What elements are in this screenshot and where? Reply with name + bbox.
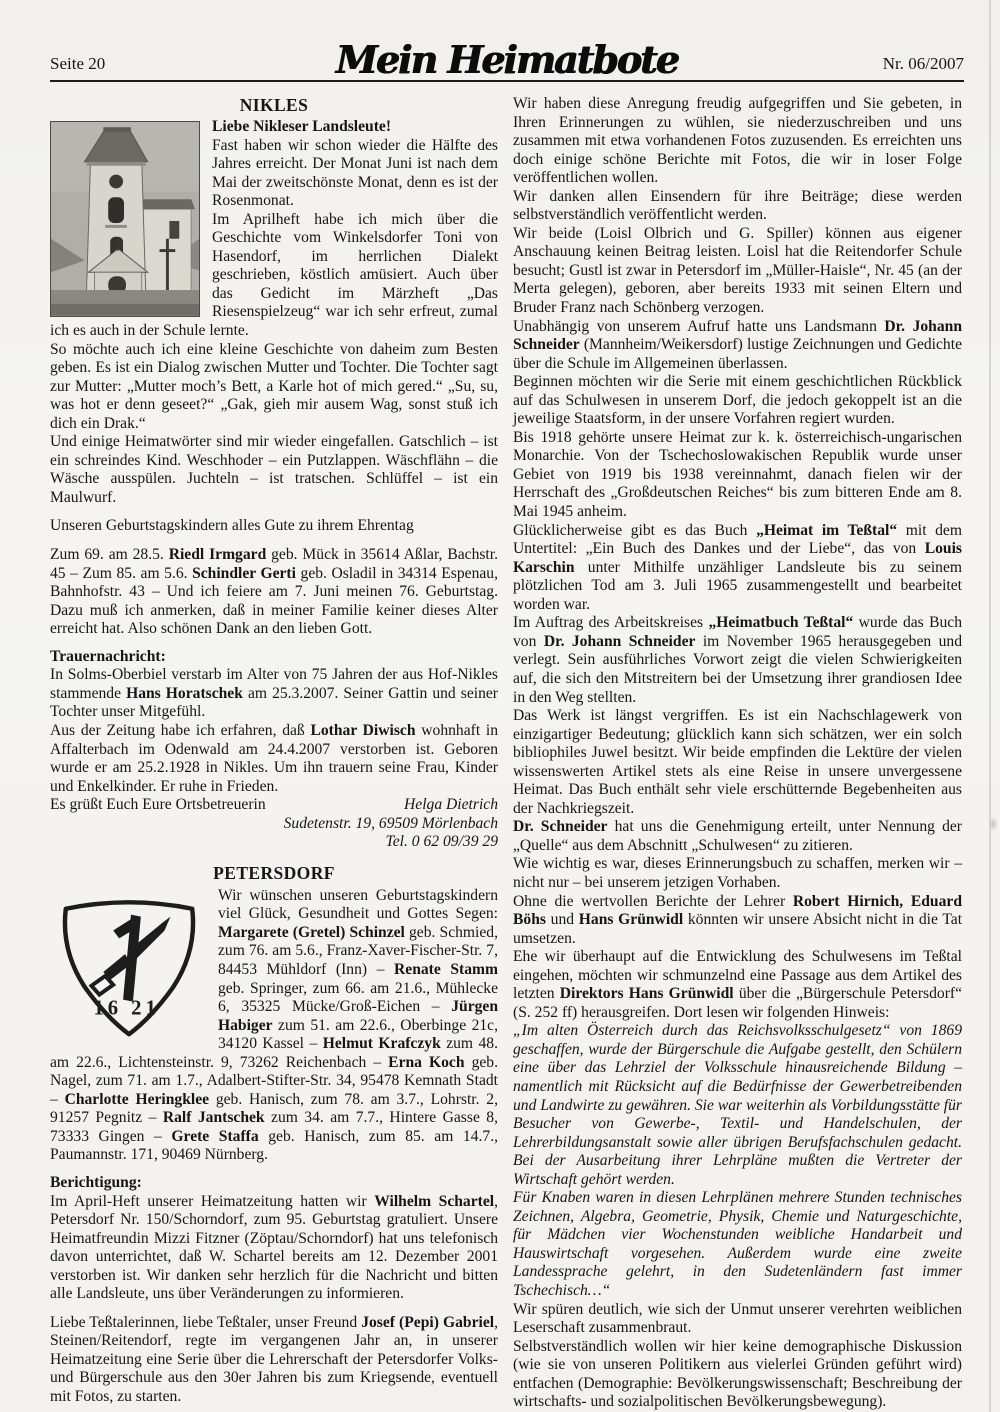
paragraph: Zum 69. am 28.5. Riedl Irmgard geb. Mück… xyxy=(50,546,498,639)
petersdorf-block: 16 21 Wir wünschen unseren Geburtstagski… xyxy=(50,887,498,1165)
paragraph: Das Werk ist längst vergriffen. Es ist e… xyxy=(513,707,962,818)
left-column: NIKLES xyxy=(50,95,498,1407)
section-title-petersdorf: PETERSDORF xyxy=(50,863,498,883)
issue-number: Nr. 06/2007 xyxy=(883,54,964,74)
scan-mark-artifact xyxy=(988,816,998,832)
paragraph: Wir danken allen Einsendern für ihre Bei… xyxy=(513,188,962,225)
paragraph: Unabhängig von unserem Aufruf hatte uns … xyxy=(513,318,962,374)
crest-shield-illustration: 16 21 xyxy=(50,892,208,1044)
signoff-name: Helga Dietrich xyxy=(404,796,498,815)
paragraph: Dr. Schneider hat uns die Genehmigung er… xyxy=(513,818,962,855)
paragraph: Wir spüren deutlich, wie sich der Unmut … xyxy=(513,1301,962,1338)
right-column: Wir haben diese Anregung freudig aufgegr… xyxy=(513,95,962,1412)
obituary-title: Trauernachricht: xyxy=(50,648,498,667)
paragraph: „Im alten Österreich durch das Reichsvol… xyxy=(513,1022,962,1189)
section-title-nikles: NIKLES xyxy=(50,95,498,115)
paragraph: Im April-Heft unserer Heimatzeitung hatt… xyxy=(50,1193,498,1304)
right-column-paragraphs: Wir haben diese Anregung freudig aufgegr… xyxy=(513,95,962,1412)
paragraph: Ohne die wertvollen Berichte der Lehrer … xyxy=(513,893,962,949)
paragraph: Aus der Zeitung habe ich erfahren, daß L… xyxy=(50,722,498,796)
paragraph: Wir haben diese Anregung freudig aufgegr… xyxy=(513,95,962,188)
paragraph: Glücklicherweise gibt es das Buch „Heima… xyxy=(513,522,962,615)
crest-year: 16 21 xyxy=(93,997,159,1019)
paragraph: Ehe wir überhaupt auf die Entwicklung de… xyxy=(513,948,962,1022)
paragraph: Und einige Heimatwörter sind mir wieder … xyxy=(50,433,498,507)
signoff-address: Sudetenstr. 19, 69509 Mörlenbach xyxy=(50,815,498,834)
signoff-text: Es grüßt Euch Eure Ortsbetreuerin xyxy=(50,796,266,815)
birthday-note: Unseren Geburtstagskindern alles Gute zu… xyxy=(50,517,498,536)
paragraph: Bis 1918 gehörte unsere Heimat zur k. k.… xyxy=(513,429,962,522)
scan-edge-artifact xyxy=(989,0,991,1412)
paragraph: Wir beide (Loisl Olbrich und G. Spiller)… xyxy=(513,225,962,318)
paragraph: In Solms-Oberbiel verstarb im Alter von … xyxy=(50,666,498,722)
correction-paragraphs: Im April-Heft unserer Heimatzeitung hatt… xyxy=(50,1193,498,1304)
paragraph: Im Auftrag des Arbeitskreises „Heimatbuc… xyxy=(513,614,962,707)
signoff-row: Es grüßt Euch Eure Ortsbetreuerin Helga … xyxy=(50,796,498,815)
obituary-paragraphs: In Solms-Oberbiel verstarb im Alter von … xyxy=(50,666,498,796)
page-header: Seite 20 Mein Heimatbote Nr. 06/2007 xyxy=(50,34,964,82)
church-photo-illustration xyxy=(51,122,199,316)
nikles-body-paragraphs: So möchte auch ich eine kleine Geschicht… xyxy=(50,341,498,508)
correction-title: Berichtigung: xyxy=(50,1174,498,1193)
appeal-paragraphs: Liebe Teßtalerinnen, liebe Teßtaler, uns… xyxy=(50,1314,498,1407)
paragraph: Beginnen möchten wir die Serie mit einem… xyxy=(513,373,962,429)
newspaper-page: { "page": { "paper_color": "#f3f2ee", "i… xyxy=(0,0,1000,1412)
paragraph: Selbstverständlich wollen wir hier keine… xyxy=(513,1338,962,1412)
nikles-intro-block: Liebe Nikleser Landsleute!Fast haben wir… xyxy=(50,118,498,341)
paragraph: Liebe Teßtalerinnen, liebe Teßtaler, uns… xyxy=(50,1314,498,1407)
plough-icon xyxy=(103,914,170,1001)
paragraph: Für Knaben waren in diesen Lehrplänen me… xyxy=(513,1189,962,1300)
signoff-phone: Tel. 0 62 09/39 29 xyxy=(50,833,498,852)
nikles-birthday-paragraphs: Zum 69. am 28.5. Riedl Irmgard geb. Mück… xyxy=(50,546,498,639)
paragraph: So möchte auch ich eine kleine Geschicht… xyxy=(50,341,498,434)
paragraph: Wie wichtig es war, dieses Erinnerungsbu… xyxy=(513,855,962,892)
masthead-title: Mein Heimatbote xyxy=(50,37,964,82)
church-photo xyxy=(50,121,200,317)
petersdorf-crest: 16 21 xyxy=(50,892,208,1044)
